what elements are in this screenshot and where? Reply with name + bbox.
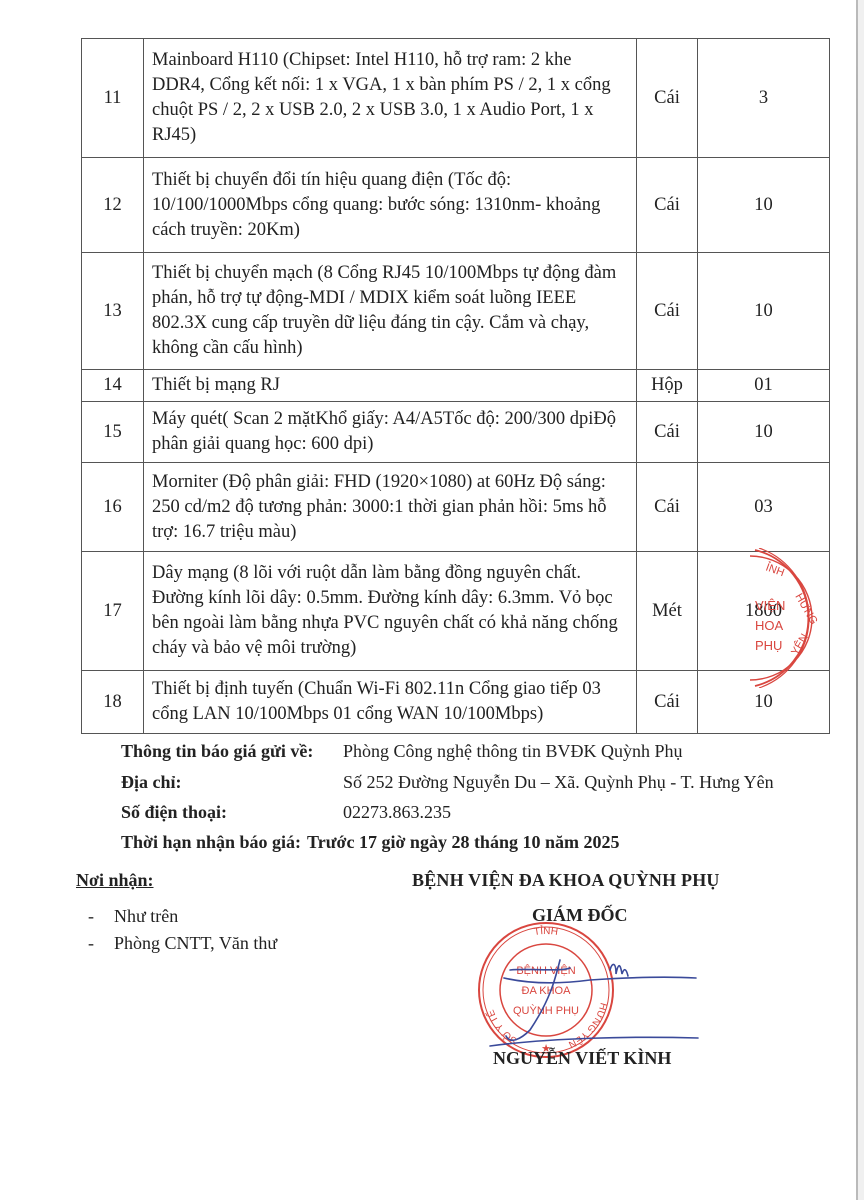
recipients-title: Nơi nhận: xyxy=(76,870,277,891)
signature-scribble-icon xyxy=(470,940,700,1060)
table-row: 17Dây mạng (8 lõi với ruột dẫn làm bằng … xyxy=(82,552,830,671)
official-stamp-icon: TỈNHSỞ Y TẾHƯNG YÊNBỆNH VIỆNĐA KHOAQUỲNH… xyxy=(476,920,616,1060)
item-unit: Cái xyxy=(637,253,698,370)
row-number: 15 xyxy=(82,402,144,463)
row-number: 18 xyxy=(82,671,144,734)
svg-text:HƯNG YÊN: HƯNG YÊN xyxy=(567,1001,609,1049)
item-description: Mainboard H110 (Chipset: Intel H110, hỗ … xyxy=(144,39,637,158)
table-row: 13Thiết bị chuyển mạch (8 Cổng RJ45 10/1… xyxy=(82,253,830,370)
item-unit: Cái xyxy=(637,671,698,734)
row-number: 17 xyxy=(82,552,144,671)
recipient-item: -Như trên xyxy=(88,903,277,930)
info-label: Địa chỉ: xyxy=(121,771,343,793)
table-row: 18Thiết bị định tuyến (Chuẩn Wi-Fi 802.1… xyxy=(82,671,830,734)
recipient-item: -Phòng CNTT, Văn thư xyxy=(88,930,277,957)
table-row: 16Morniter (Độ phân giải: FHD (1920×1080… xyxy=(82,463,830,552)
item-description: Thiết bị chuyển đổi tín hiệu quang điện … xyxy=(144,158,637,253)
signature-organization: BỆNH VIỆN ĐA KHOA QUỲNH PHỤ xyxy=(412,870,720,891)
items-table: 11Mainboard H110 (Chipset: Intel H110, h… xyxy=(81,38,830,734)
info-row-address: Địa chỉ:Số 252 Đường Nguyễn Du – Xã. Quỳ… xyxy=(121,771,774,793)
svg-text:SỞ Y TẾ: SỞ Y TẾ xyxy=(484,1008,520,1046)
item-unit: Cái xyxy=(637,402,698,463)
info-value: Trước 17 giờ ngày 28 tháng 10 năm 2025 xyxy=(307,831,619,853)
row-number: 11 xyxy=(82,39,144,158)
table-row: 14Thiết bị mạng RJHộp01 xyxy=(82,370,830,402)
info-value: 02273.863.235 xyxy=(343,801,451,823)
row-number: 13 xyxy=(82,253,144,370)
svg-text:QUỲNH PHỤ: QUỲNH PHỤ xyxy=(513,1004,579,1017)
table-row: 12Thiết bị chuyển đổi tín hiệu quang điệ… xyxy=(82,158,830,253)
page-shade xyxy=(858,0,864,1200)
row-number: 12 xyxy=(82,158,144,253)
signer-name: NGUYỄN VIẾT KÌNH xyxy=(493,1048,671,1069)
item-unit: Cái xyxy=(637,463,698,552)
item-description: Morniter (Độ phân giải: FHD (1920×1080) … xyxy=(144,463,637,552)
info-value: Số 252 Đường Nguyễn Du – Xã. Quỳnh Phụ -… xyxy=(343,771,774,793)
item-quantity: 01 xyxy=(698,370,830,402)
svg-text:TỈNH: TỈNH xyxy=(533,924,559,938)
info-row-phone: Số điện thoại:02273.863.235 xyxy=(121,801,451,823)
item-quantity: 10 xyxy=(698,402,830,463)
info-value: Phòng Công nghệ thông tin BVĐK Quỳnh Phụ xyxy=(343,740,683,762)
info-label: Thời hạn nhận báo giá: xyxy=(121,831,301,853)
item-description: Máy quét( Scan 2 mặtKhổ giấy: A4/A5Tốc đ… xyxy=(144,402,637,463)
item-description: Dây mạng (8 lõi với ruột dẫn làm bằng đồ… xyxy=(144,552,637,671)
item-quantity: 10 xyxy=(698,671,830,734)
info-row-deadline: Thời hạn nhận báo giá:Trước 17 giờ ngày … xyxy=(121,831,619,853)
signature-role: GIÁM ĐỐC xyxy=(532,905,628,926)
item-quantity: 1800 xyxy=(698,552,830,671)
item-description: Thiết bị chuyển mạch (8 Cổng RJ45 10/100… xyxy=(144,253,637,370)
info-label: Thông tin báo giá gửi về: xyxy=(121,740,343,762)
table-row: 15Máy quét( Scan 2 mặtKhổ giấy: A4/A5Tốc… xyxy=(82,402,830,463)
recipients-list: -Như trên -Phòng CNTT, Văn thư xyxy=(76,903,277,957)
item-description: Thiết bị mạng RJ xyxy=(144,370,637,402)
item-quantity: 10 xyxy=(698,253,830,370)
item-quantity: 3 xyxy=(698,39,830,158)
recipients-block: Nơi nhận: -Như trên -Phòng CNTT, Văn thư xyxy=(76,870,277,957)
item-unit: Cái xyxy=(637,158,698,253)
item-unit: Mét xyxy=(637,552,698,671)
svg-text:BỆNH VIỆN: BỆNH VIỆN xyxy=(516,964,575,977)
row-number: 14 xyxy=(82,370,144,402)
item-unit: Cái xyxy=(637,39,698,158)
item-description: Thiết bị định tuyến (Chuẩn Wi-Fi 802.11n… xyxy=(144,671,637,734)
item-quantity: 03 xyxy=(698,463,830,552)
item-unit: Hộp xyxy=(637,370,698,402)
table-row: 11Mainboard H110 (Chipset: Intel H110, h… xyxy=(82,39,830,158)
page-edge xyxy=(856,0,858,1200)
info-label: Số điện thoại: xyxy=(121,801,343,823)
item-quantity: 10 xyxy=(698,158,830,253)
row-number: 16 xyxy=(82,463,144,552)
svg-text:ĐA KHOA: ĐA KHOA xyxy=(522,985,572,997)
info-row-send-to: Thông tin báo giá gửi về:Phòng Công nghệ… xyxy=(121,740,683,762)
